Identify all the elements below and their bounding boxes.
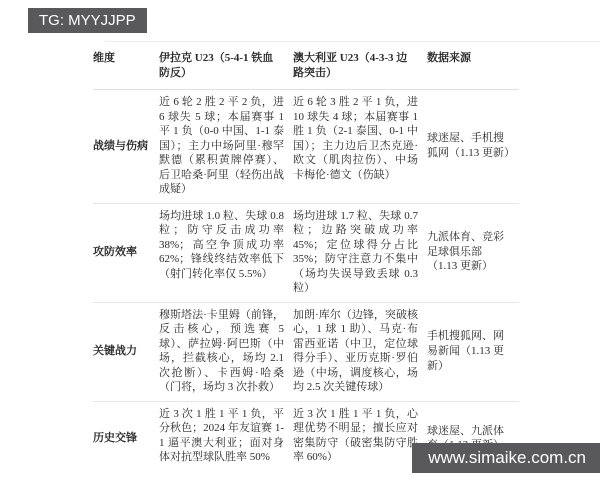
table-header: 维度 伊拉克 U23（5-4-1 铁血防反） 澳大利亚 U23（4-3-3 边路… <box>93 46 519 90</box>
team-comparison-table: 维度 伊拉克 U23（5-4-1 铁血防反） 澳大利亚 U23（4-3-3 边路… <box>93 46 519 475</box>
source-cell: 手机搜狐网、网易新闻（1.13 更新） <box>427 302 519 401</box>
table-row-attack-defense-efficiency: 攻防效率 场均进球 1.0 粒、失球 0.8 粒；防守反击成功率 38%；高空争… <box>93 203 519 302</box>
source-cell: 九派体育、竞彩足球俱乐部（1.13 更新） <box>427 203 519 302</box>
row-dimension-label: 攻防效率 <box>93 203 159 302</box>
australia-cell: 近 3 次 1 胜 1 平 1 负，心理优势不明显；擅长应对密集防守（破密集防守… <box>293 401 427 475</box>
content-top-divider <box>105 41 600 42</box>
table-row-record-injuries: 战绩与伤病 近 6 轮 2 胜 2 平 2 负，进 6 球失 5 球；本届赛事 … <box>93 90 519 204</box>
source-cell: 球迷屋、手机搜狐网（1.13 更新） <box>427 90 519 204</box>
table-body: 战绩与伤病 近 6 轮 2 胜 2 平 2 负，进 6 球失 5 球；本届赛事 … <box>93 90 519 476</box>
row-dimension-label: 历史交锋 <box>93 401 159 475</box>
header-data-source: 数据来源 <box>427 46 519 90</box>
header-row: 维度 伊拉克 U23（5-4-1 铁血防反） 澳大利亚 U23（4-3-3 边路… <box>93 46 519 90</box>
site-url-watermark: www.simaike.com.cn <box>412 443 600 473</box>
tg-watermark-badge: TG: MYYJJPP <box>28 8 147 33</box>
iraq-cell: 近 3 次 1 胜 1 平 1 负，平分秋色；2024 年友谊赛 1-1 逼平澳… <box>159 401 293 475</box>
header-australia-u23: 澳大利亚 U23（4-3-3 边路突击） <box>293 46 427 90</box>
row-dimension-label: 战绩与伤病 <box>93 90 159 204</box>
iraq-cell: 场均进球 1.0 粒、失球 0.8 粒；防守反击成功率 38%；高空争顶成功率 … <box>159 203 293 302</box>
australia-cell: 加朗·库尔（边锋，突破核心，1 球 1 助）、马克·布雷西亚诺（中卫，定位球得分… <box>293 302 427 401</box>
header-dimension: 维度 <box>93 46 159 90</box>
australia-cell: 场均进球 1.7 粒、失球 0.7 粒；边路突破成功率 45%；定位球得分占比 … <box>293 203 427 302</box>
table-row-key-players: 关键战力 穆斯塔法·卡里姆（前锋，反击核心，预选赛 5 球）、萨拉姆·阿巴斯（中… <box>93 302 519 401</box>
iraq-cell: 穆斯塔法·卡里姆（前锋，反击核心，预选赛 5 球）、萨拉姆·阿巴斯（中场，拦截核… <box>159 302 293 401</box>
iraq-cell: 近 6 轮 2 胜 2 平 2 负，进 6 球失 5 球；本届赛事 1 平 1 … <box>159 90 293 204</box>
comparison-table-container: 维度 伊拉克 U23（5-4-1 铁血防反） 澳大利亚 U23（4-3-3 边路… <box>93 46 519 475</box>
header-iraq-u23: 伊拉克 U23（5-4-1 铁血防反） <box>159 46 293 90</box>
row-dimension-label: 关键战力 <box>93 302 159 401</box>
australia-cell: 近 6 轮 3 胜 2 平 1 负，进 10 球失 4 球；本届赛事 1 胜 1… <box>293 90 427 204</box>
